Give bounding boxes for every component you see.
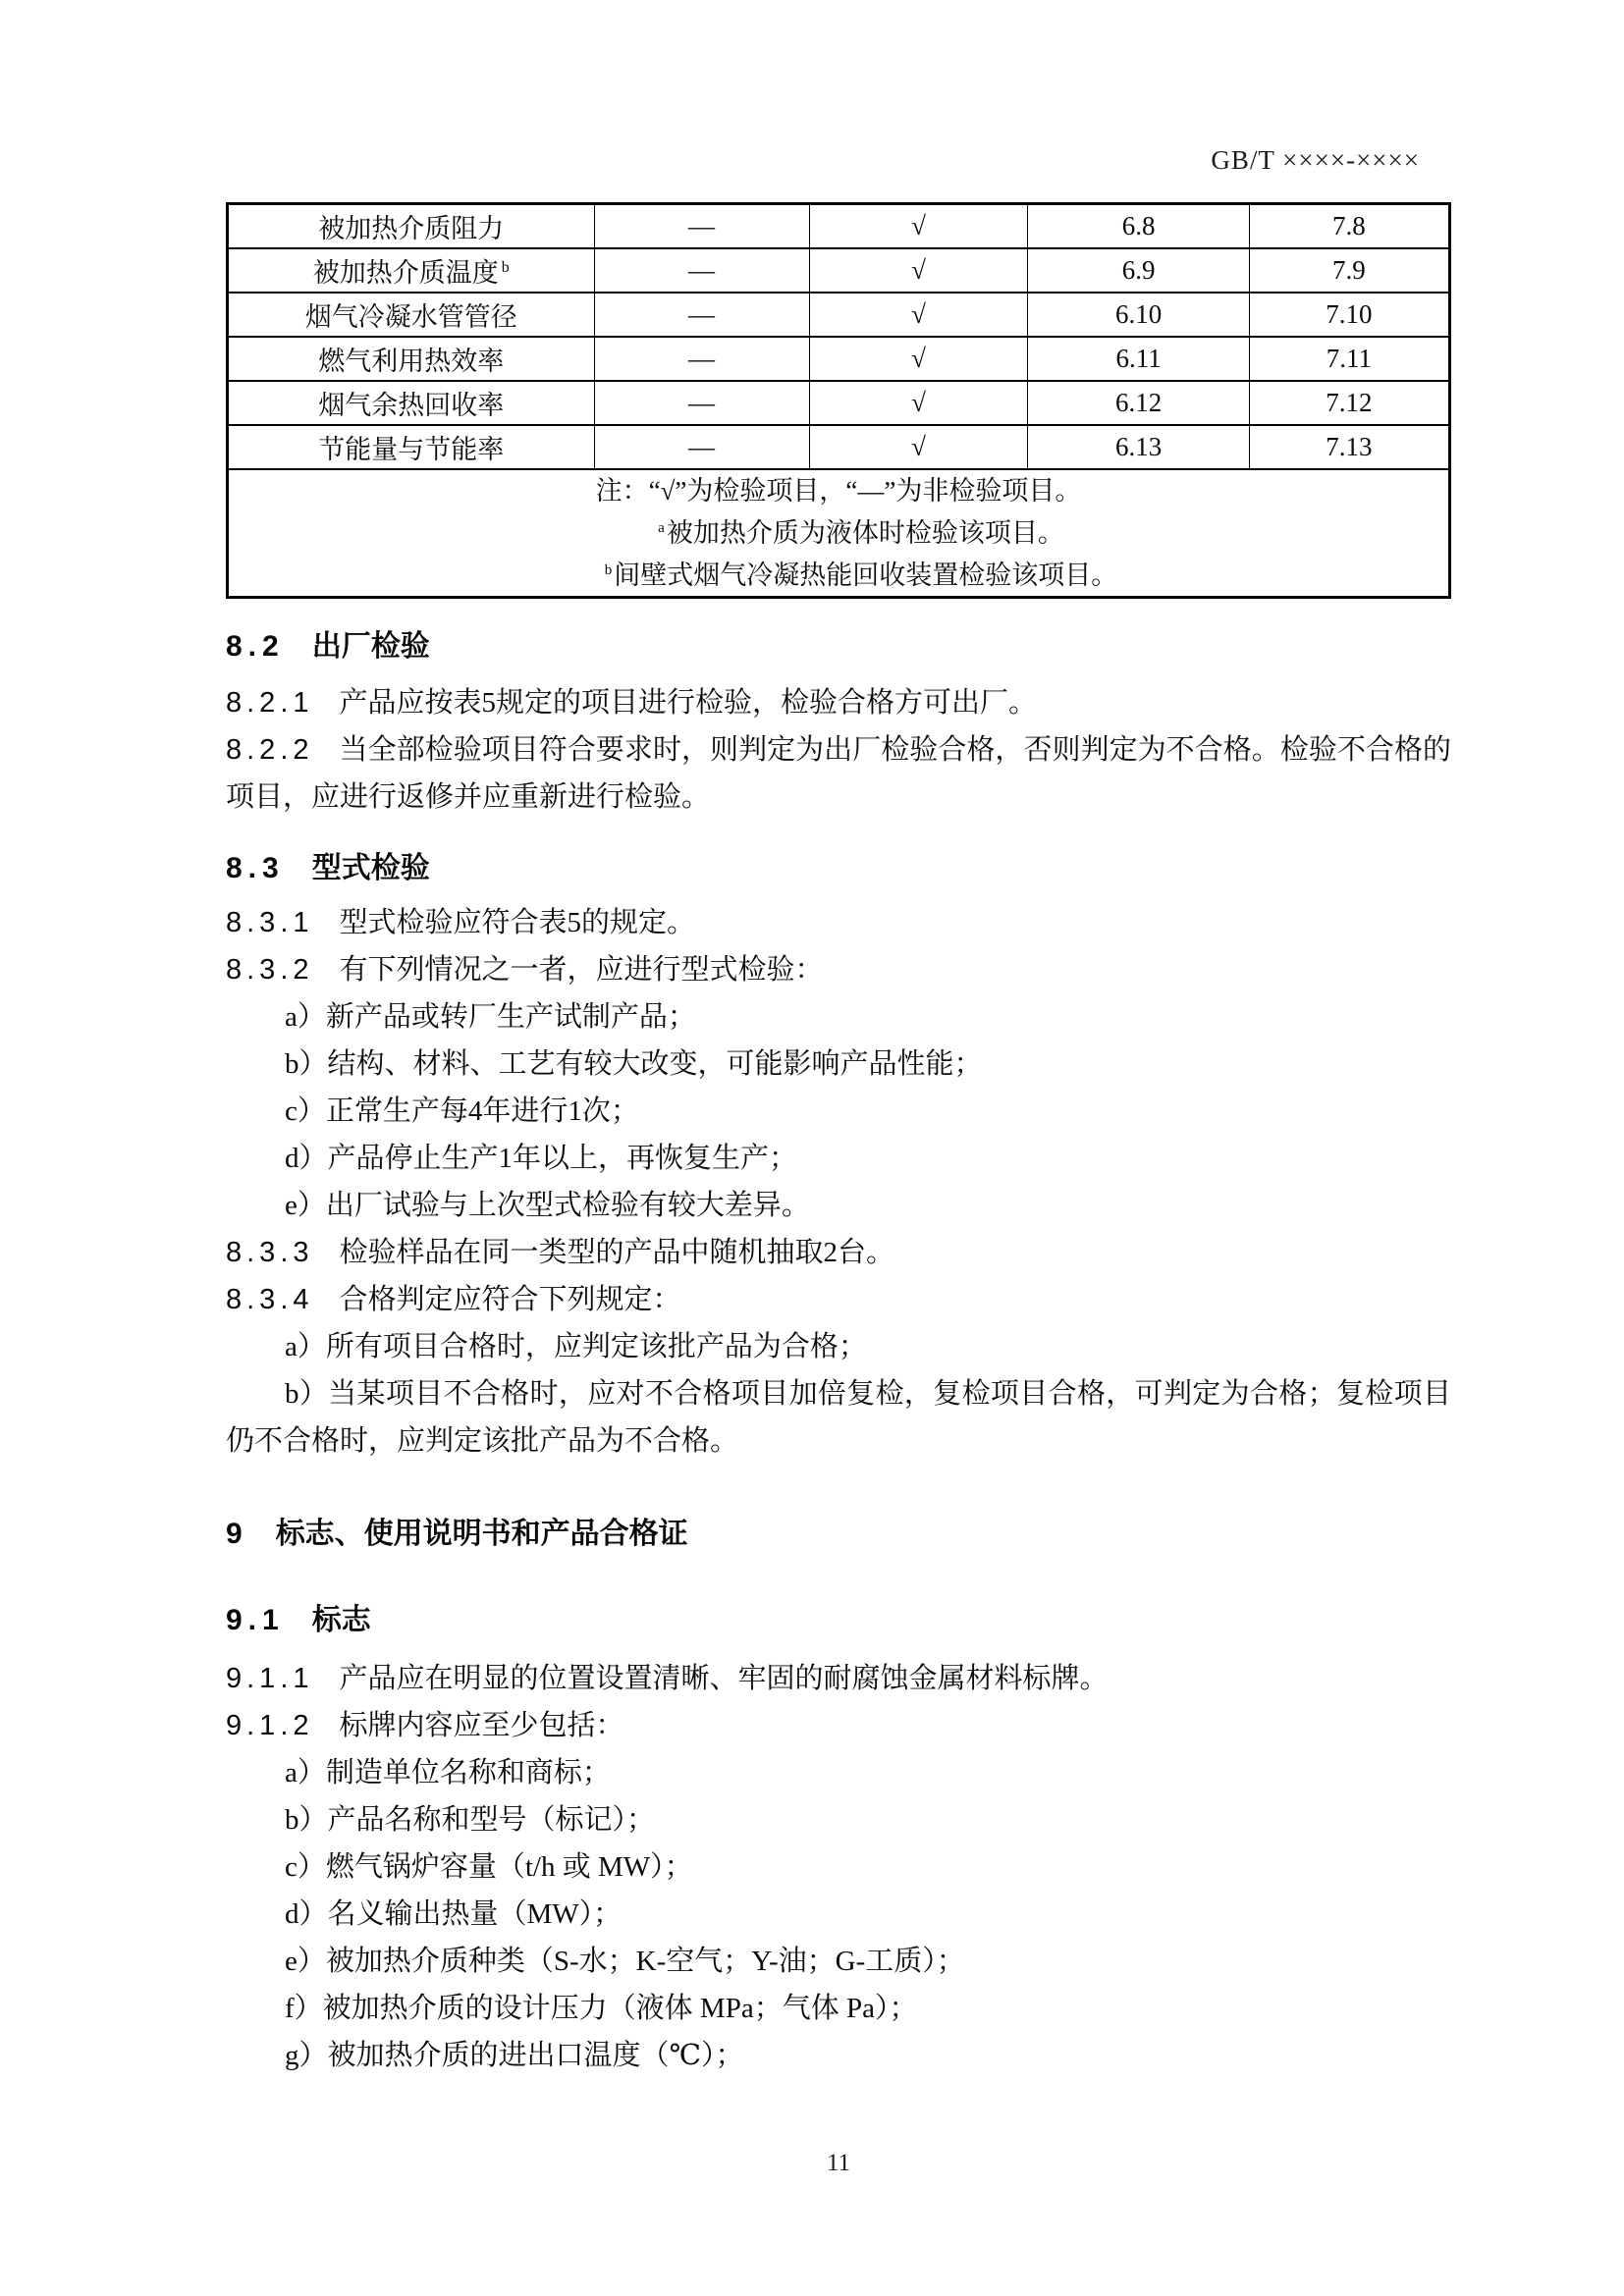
cell-method-ref: 7.13 [1249, 425, 1449, 469]
table-row: 被加热介质阻力 — √ 6.8 7.8 [228, 204, 1450, 249]
cell-method-ref: 7.8 [1249, 204, 1449, 249]
cell-requirement-ref: 6.8 [1028, 204, 1249, 249]
table-row: 被加热介质温度b — √ 6.9 7.9 [228, 248, 1450, 293]
cell-type-check: √ [809, 425, 1028, 469]
cell-method-ref: 7.10 [1249, 293, 1449, 337]
cell-type-check: √ [809, 204, 1028, 249]
list-item-8-3-2-c: c）正常生产每4年进行1次； [226, 1088, 1451, 1135]
cell-type-check: √ [809, 248, 1028, 293]
cell-factory-check: — [594, 425, 809, 469]
section-heading-8-3: 8.3型式检验 [226, 850, 1451, 887]
page-content: GB/T ××××-×××× 被加热介质阻力 — √ 6.8 7.8 被加热介质… [226, 0, 1451, 2296]
cell-type-check: √ [809, 293, 1028, 337]
cell-item: 烟气冷凝水管管径 [228, 293, 595, 337]
footnote-a: a被加热介质为液体时检验该项目。 [235, 509, 1442, 552]
chapter-heading-9: 9标志、使用说明书和产品合格证 [226, 1516, 1451, 1553]
list-item-8-3-4-b: b）当某项目不合格时，应对不合格项目加倍复检，复检项目合格，可判定为合格；复检项… [226, 1370, 1451, 1465]
cell-factory-check: — [594, 204, 809, 249]
clause-9-1-1: 9.1.1产品应在明显的位置设置清晰、牢固的耐腐蚀金属材料标牌。 [226, 1655, 1451, 1702]
cell-method-ref: 7.9 [1249, 248, 1449, 293]
clause-8-3-1: 8.3.1型式检验应符合表5的规定。 [226, 899, 1451, 946]
cell-type-check: √ [809, 337, 1028, 381]
inspection-items-table: 被加热介质阻力 — √ 6.8 7.8 被加热介质温度b — √ 6.9 7.9… [226, 202, 1451, 599]
cell-item: 被加热介质温度b [228, 248, 595, 293]
list-item-8-3-2-d: d）产品停止生产1年以上，再恢复生产； [226, 1135, 1451, 1182]
footnote-b: b间壁式烟气冷凝热能回收装置检验该项目。 [235, 552, 1442, 594]
clause-8-3-3: 8.3.3检验样品在同一类型的产品中随机抽取2台。 [226, 1229, 1451, 1276]
clause-9-1-2: 9.1.2标牌内容应至少包括： [226, 1702, 1451, 1749]
cell-requirement-ref: 6.13 [1028, 425, 1249, 469]
cell-requirement-ref: 6.12 [1028, 381, 1249, 425]
cell-factory-check: — [594, 381, 809, 425]
list-item-8-3-2-e: e）出厂试验与上次型式检验有较大差异。 [226, 1182, 1451, 1229]
list-item-8-3-2-b: b）结构、材料、工艺有较大改变，可能影响产品性能； [226, 1041, 1451, 1088]
cell-method-ref: 7.11 [1249, 337, 1449, 381]
document-page: GB/T ××××-×××× 被加热介质阻力 — √ 6.8 7.8 被加热介质… [0, 0, 1624, 2296]
cell-item: 燃气利用热效率 [228, 337, 595, 381]
list-item-8-3-4-a: a）所有项目合格时，应判定该批产品为合格； [226, 1323, 1451, 1370]
section-heading-9-1: 9.1标志 [226, 1602, 1451, 1639]
page-number: 11 [226, 2150, 1451, 2177]
cell-factory-check: — [594, 337, 809, 381]
table-note: 注：“√”为检验项目，“—”为非检验项目。 a被加热介质为液体时检验该项目。 b… [228, 469, 1450, 598]
section-heading-8-2: 8.2出厂检验 [226, 628, 1451, 666]
cell-requirement-ref: 6.9 [1028, 248, 1249, 293]
note-main: 注：“√”为检验项目，“—”为非检验项目。 [235, 472, 1442, 509]
list-item-9-1-2-b: b）产品名称和型号（标记）； [226, 1796, 1451, 1843]
table-row: 节能量与节能率 — √ 6.13 7.13 [228, 425, 1450, 469]
list-item-9-1-2-c: c）燃气锅炉容量（t/h 或 MW）； [226, 1843, 1451, 1891]
list-item-8-3-2-a: a）新产品或转厂生产试制产品； [226, 993, 1451, 1041]
cell-type-check: √ [809, 381, 1028, 425]
table-row: 燃气利用热效率 — √ 6.11 7.11 [228, 337, 1450, 381]
list-item-9-1-2-e: e）被加热介质种类（S-水；K-空气；Y-油；G-工质）； [226, 1938, 1451, 1985]
cell-factory-check: — [594, 293, 809, 337]
cell-item: 节能量与节能率 [228, 425, 595, 469]
clause-8-3-4: 8.3.4合格判定应符合下列规定： [226, 1276, 1451, 1323]
cell-requirement-ref: 6.10 [1028, 293, 1249, 337]
cell-item: 被加热介质阻力 [228, 204, 595, 249]
cell-item: 烟气余热回收率 [228, 381, 595, 425]
list-item-9-1-2-d: d）名义输出热量（MW）； [226, 1891, 1451, 1938]
list-item-9-1-2-g: g）被加热介质的进出口温度（℃）； [226, 2032, 1451, 2079]
standard-number-header: GB/T ××××-×××× [226, 143, 1420, 177]
cell-factory-check: — [594, 248, 809, 293]
list-item-9-1-2-a: a）制造单位名称和商标； [226, 1749, 1451, 1796]
list-item-9-1-2-f: f）被加热介质的设计压力（液体 MPa；气体 Pa）； [226, 1985, 1451, 2032]
cell-method-ref: 7.12 [1249, 381, 1449, 425]
table-row: 烟气冷凝水管管径 — √ 6.10 7.10 [228, 293, 1450, 337]
clause-8-3-2: 8.3.2有下列情况之一者，应进行型式检验： [226, 946, 1451, 993]
clause-8-2-2: 8.2.2当全部检验项目符合要求时，则判定为出厂检验合格，否则判定为不合格。检验… [226, 726, 1451, 821]
table-row: 烟气余热回收率 — √ 6.12 7.12 [228, 381, 1450, 425]
table-note-row: 注：“√”为检验项目，“—”为非检验项目。 a被加热介质为液体时检验该项目。 b… [228, 469, 1450, 598]
clause-8-2-1: 8.2.1产品应按表5规定的项目进行检验，检验合格方可出厂。 [226, 679, 1451, 726]
cell-requirement-ref: 6.11 [1028, 337, 1249, 381]
